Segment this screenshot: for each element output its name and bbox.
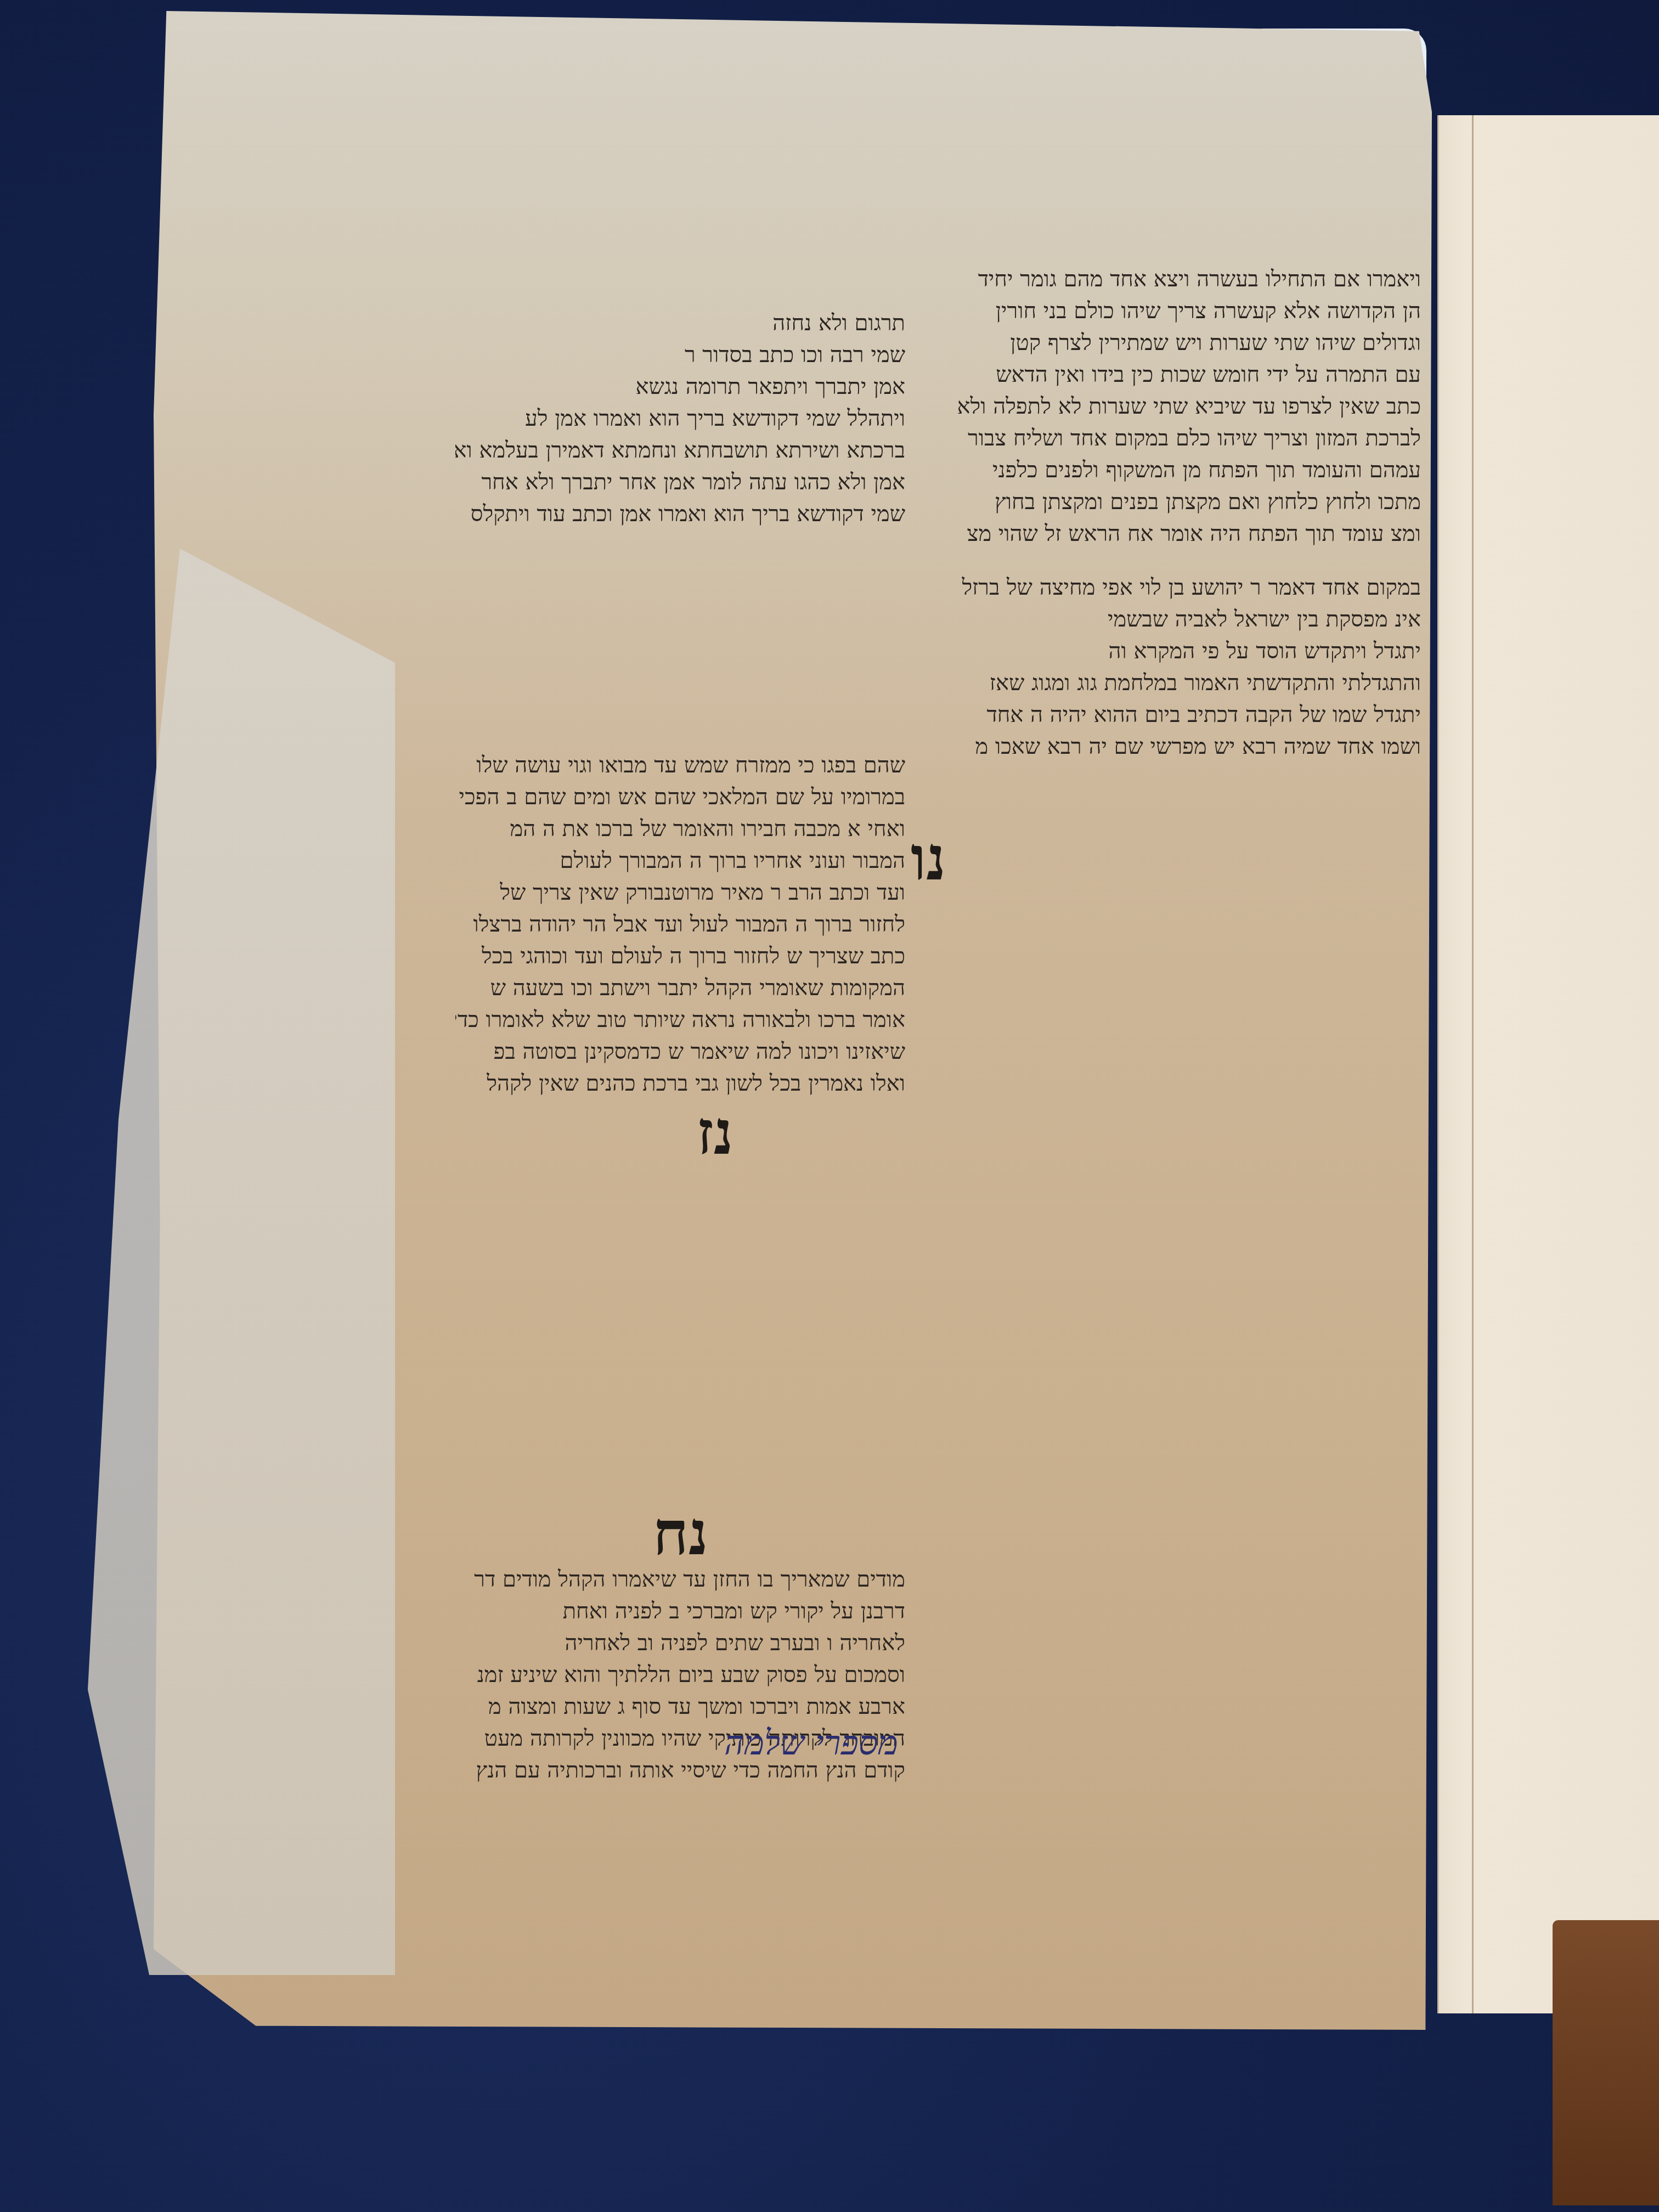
text-line: שהם בפגו כי ממזרח שמש עד מבואו וגוי עושה… bbox=[455, 749, 905, 781]
paper-repair-patch bbox=[88, 549, 395, 1975]
text-line: אמן ולא כהגו עתה לומר אמן אחר יתברך ולא … bbox=[455, 466, 905, 498]
right-text-column: ויאמרו אם התחילו בעשרה ויצא אחד מהם גומר… bbox=[927, 263, 1421, 763]
text-line: ומצ עומד תוך הפתח היה אומר אח הראש זל שה… bbox=[927, 518, 1421, 550]
text-line: יתגדל ויתקדש הוסד על פי המקרא וה bbox=[927, 635, 1421, 667]
text-line: שיאזינו ויכונו למה שיאמר ש כדמסקינן בסוט… bbox=[455, 1036, 905, 1068]
text-line: מתכו ולחוץ כלחוץ ואם מקצתן בפנים ומקצתן … bbox=[927, 486, 1421, 518]
text-line: יתגדל שמו של הקבה דכתיב ביום ההוא יהיה ה… bbox=[927, 699, 1421, 731]
text-line: שמי דקודשא בריך הוא ואמרו אמן וכתב עוד ו… bbox=[455, 498, 905, 530]
bound-volume-page bbox=[1437, 115, 1659, 2013]
left-text-column: תרגום ולא נחזה שמי רבה וכו כתב בסדור ר א… bbox=[455, 307, 905, 1099]
text-line: וסמכום על פסוק שבע ביום הללתיך והוא שיני… bbox=[455, 1659, 905, 1691]
text-line: דרבנן על יקורי קש ומברכי ב לפניה ואחת bbox=[455, 1595, 905, 1627]
handwritten-inscription: מספרי שלמה bbox=[724, 1723, 898, 1763]
text-line: והתגדלתי והתקדשתי האמור במלחמת גוג ומגוג… bbox=[927, 667, 1421, 699]
text-line: לברכת המזון וצריך שיהו כלם במקום אחד ושל… bbox=[927, 422, 1421, 454]
text-line: עמהם והעומד תוך הפתח מן המשקוף ולפנים כל… bbox=[927, 454, 1421, 486]
text-line: ואחי א מכבה חבירו והאומר של ברכו את ה המ bbox=[455, 813, 905, 845]
section-initial-57: נז bbox=[697, 1103, 733, 1163]
text-line: במקום אחד דאמר ר יהושע בן לוי אפי מחיצה … bbox=[927, 572, 1421, 603]
text-line: עם התמרה על ידי חומש שכות כין בידו ואין … bbox=[927, 359, 1421, 391]
text-line: ואלו נאמרין בכל לשון גבי ברכת כהנים שאין… bbox=[455, 1068, 905, 1099]
text-line: שמי רבה וכו כתב בסדור ר bbox=[455, 339, 905, 371]
text-line: לאחריה ו ובערב שתים לפניה וב לאחריה bbox=[455, 1627, 905, 1659]
text-line: אינ מפסקת בין ישראל לאביה שבשמי bbox=[927, 603, 1421, 635]
text-line: ושמו אחד שמיה רבא יש מפרשי שם יה רבא שאכ… bbox=[927, 731, 1421, 763]
page-gutter bbox=[1472, 115, 1474, 2013]
text-line: ויתהלל שמי דקודשא בריך הוא ואמרו אמן לע bbox=[455, 403, 905, 435]
text-line: לחזור ברוך ה המבור לעול ועד אבל הר יהודה… bbox=[455, 909, 905, 940]
text-line: ברכתא ושירתא תושבחתא ונחמתא דאמירן בעלמא… bbox=[455, 435, 905, 466]
text-line: הן הקדושה אלא קעשרה צריך שיהו כולם בני ח… bbox=[927, 295, 1421, 327]
text-line: כתב שצריך ש לחזור ברוך ה לעולם ועד וכוהג… bbox=[455, 940, 905, 972]
text-line: כתב שאין לצרפו עד שיביא שתי שערות לא לתפ… bbox=[927, 391, 1421, 422]
text-line: במרומיו על שם המלאכי שהם אש ומים שהם ב ה… bbox=[455, 781, 905, 813]
text-line: המקומות שאומרי הקהל יתבר וישתב וכו בשעה … bbox=[455, 972, 905, 1004]
section-initial-56: נו bbox=[911, 828, 946, 889]
text-line: ארבע אמות ויברכו ומשך עד סוף ג שעות ומצו… bbox=[455, 1691, 905, 1723]
text-line: ויאמרו אם התחילו בעשרה ויצא אחד מהם גומר… bbox=[927, 263, 1421, 295]
leather-binding bbox=[1553, 1920, 1659, 2205]
text-line: המבור ועוני אחריו ברוך ה המבורך לעולם bbox=[455, 845, 905, 877]
text-line: אמן יתברך ויתפאר תרומה נגשא bbox=[455, 371, 905, 403]
text-line: ועד וכתב הרב ר מאיר מרוטנבורק שאין צריך … bbox=[455, 877, 905, 909]
text-line: אומר ברכו ולבאורה נראה שיותר טוב שלא לאו… bbox=[455, 1004, 905, 1036]
text-line: תרגום ולא נחזה bbox=[455, 307, 905, 339]
text-line: וגדולים שיהו שתי שערות ויש שמתירין לצרף … bbox=[927, 327, 1421, 359]
section-initial-58: נח bbox=[653, 1503, 708, 1564]
